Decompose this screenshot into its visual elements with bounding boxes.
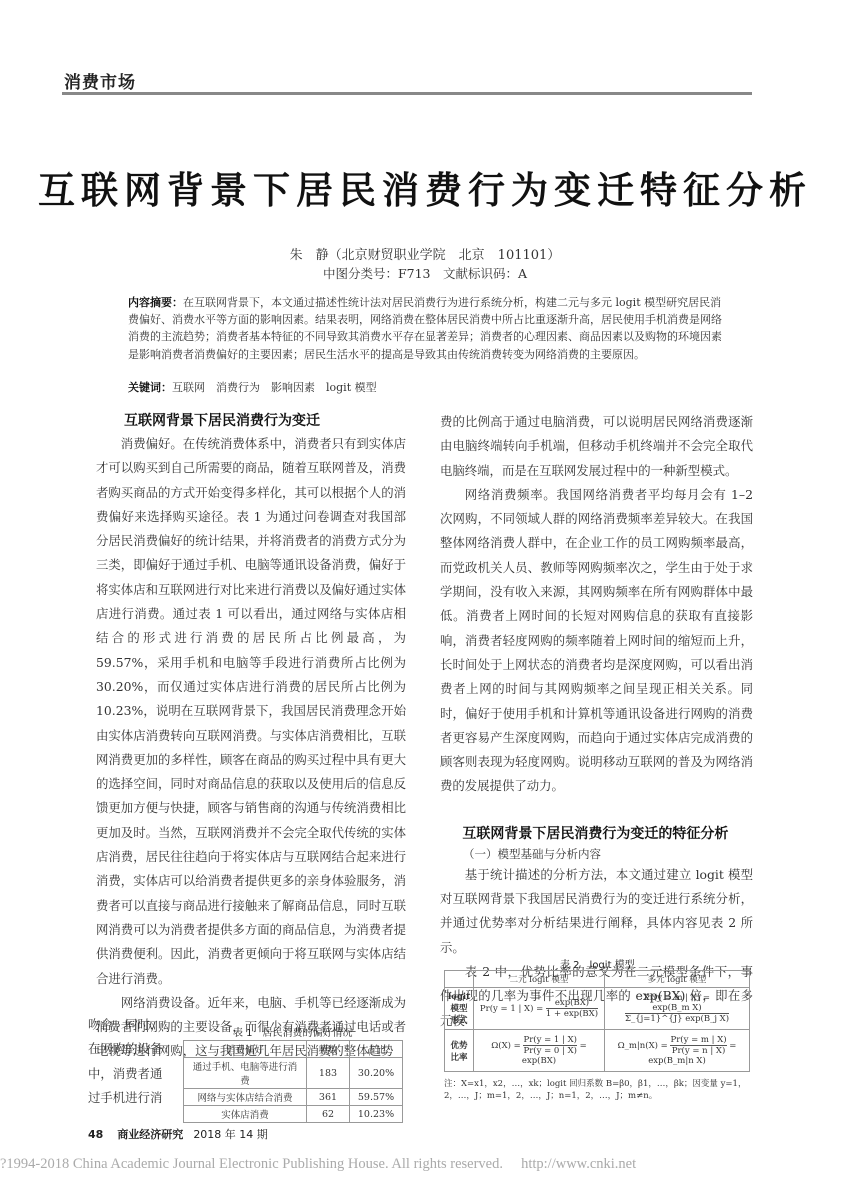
article-title: 互联网背景下居民消费行为变迁特征分析 bbox=[0, 160, 850, 214]
table-row: 网络与实体店结合消费 361 59.57% bbox=[184, 1089, 403, 1106]
section-header: 消费市场 bbox=[64, 68, 136, 93]
table-row: 实体店消费 62 10.23% bbox=[184, 1106, 403, 1123]
paragraph-model: 基于统计描述的分析方法，本文通过建立 logit 模型对互联网背景下我国居民消费… bbox=[440, 863, 753, 960]
keywords-label: 关键词： bbox=[128, 381, 172, 394]
table-header-row: 二元 logit 模型 多元 logit 模型 bbox=[445, 971, 750, 988]
table-header-row: 消费偏好 频数 占比 bbox=[184, 1041, 403, 1058]
fraction: exp(BX)1 + exp(BX) bbox=[546, 998, 598, 1019]
author-line: 朱 静（北京财贸职业学院 北京 101101） bbox=[0, 244, 850, 263]
right-column: 费的比例高于通过电脑消费，可以说明居民网络消费逐渐由电脑终端转向手机端，但移动手… bbox=[440, 410, 753, 1033]
paragraph-frequency: 网络消费频率。我国网络消费者平均每月会有 1–2 次网购，不同领域人群的网络消费… bbox=[440, 483, 753, 799]
denominator: Pr(y = n | X) bbox=[670, 1046, 726, 1056]
page-footer: 48商业经济研究2018 年 14 期 bbox=[88, 1126, 268, 1142]
table-cell: 361 bbox=[307, 1089, 350, 1106]
table-header-cell: 消费偏好 bbox=[184, 1041, 307, 1058]
table-header-cell: 频数 bbox=[307, 1041, 350, 1058]
formula-lhs: Pr(y = m | X) = bbox=[644, 993, 710, 1003]
table2-caption: 表 2 logit 模型 bbox=[560, 956, 635, 971]
section-heading-2: 互联网背景下居民消费行为变迁的特征分析 bbox=[440, 823, 753, 845]
numerator: Pr(y = m | X) bbox=[670, 1035, 726, 1046]
table-cell: 10.23% bbox=[350, 1106, 403, 1123]
multinomial-logit-formula: Pr(y = m | X) = exp(B_m X)Σ_{j=1}^{J} ex… bbox=[605, 988, 750, 1030]
table-row: 通过手机、电脑等进行消费 183 30.20% bbox=[184, 1058, 403, 1089]
classification-line: 中图分类号：F713 文献标识码：A bbox=[0, 264, 850, 282]
copyright-watermark: ?1994-2018 China Academic Journal Electr… bbox=[0, 1152, 850, 1173]
table2-note: 注：X=x1，x2，…，xk；logit 回归系数 B=β0，β1，…，βk；因… bbox=[444, 1078, 754, 1102]
wrap-text-beside-table1: 吻合。同时，在网购的设备中，消费者通过手机进行消 bbox=[88, 1013, 168, 1110]
paragraph-continued: 费的比例高于通过电脑消费，可以说明居民网络消费逐渐由电脑终端转向手机端，但移动手… bbox=[440, 410, 753, 483]
journal-name: 商业经济研究 bbox=[117, 1128, 183, 1141]
binary-logit-formula: Pr(y = 1 | X) = exp(BX)1 + exp(BX) bbox=[474, 988, 605, 1030]
fraction: Pr(y = 1 | X)Pr(y = 0 | X) bbox=[523, 1035, 576, 1056]
multinomial-odds-formula: Ω_m|n(X) = Pr(y = m | X)Pr(y = n | X) = … bbox=[605, 1030, 750, 1072]
table-row: 优势比率 Ω(X) = Pr(y = 1 | X)Pr(y = 0 | X) =… bbox=[445, 1030, 750, 1072]
paragraph-preference: 消费偏好。在传统消费体系中，消费者只有到实体店才可以购买到自己所需要的商品，随着… bbox=[96, 432, 406, 991]
table-header-cell: 二元 logit 模型 bbox=[474, 971, 605, 988]
row-label: logit 模型形式 bbox=[445, 988, 474, 1030]
numerator: exp(BX) bbox=[546, 998, 598, 1009]
table-cell: 实体店消费 bbox=[184, 1106, 307, 1123]
numerator: exp(B_m X) bbox=[625, 1003, 729, 1014]
row-label: 优势比率 bbox=[445, 1030, 474, 1072]
table-cell: 62 bbox=[307, 1106, 350, 1123]
table-cell: 183 bbox=[307, 1058, 350, 1089]
abstract: 内容摘要：在互联网背景下，本文通过描述性统计法对居民消费行为进行系统分析，构建二… bbox=[128, 294, 722, 363]
table-row: logit 模型形式 Pr(y = 1 | X) = exp(BX)1 + ex… bbox=[445, 988, 750, 1030]
table1-caption: 表 1 居民消费的偏好情况 bbox=[233, 1024, 353, 1039]
table-cell: 通过手机、电脑等进行消费 bbox=[184, 1058, 307, 1089]
table-cell: 59.57% bbox=[350, 1089, 403, 1106]
binary-odds-formula: Ω(X) = Pr(y = 1 | X)Pr(y = 0 | X) = exp(… bbox=[474, 1030, 605, 1072]
fraction: exp(B_m X)Σ_{j=1}^{J} exp(B_j X) bbox=[625, 1003, 729, 1024]
table-cell: 30.20% bbox=[350, 1058, 403, 1089]
table-header-cell: 多元 logit 模型 bbox=[605, 971, 750, 988]
journal-issue: 2018 年 14 期 bbox=[193, 1128, 267, 1141]
table-header-cell bbox=[445, 971, 474, 988]
header-divider bbox=[62, 92, 752, 95]
formula-lhs: Ω(X) = bbox=[491, 1041, 521, 1051]
table-cell: 网络与实体店结合消费 bbox=[184, 1089, 307, 1106]
keywords-text: 互联网 消费行为 影响因素 logit 模型 bbox=[172, 381, 377, 394]
denominator: Pr(y = 0 | X) bbox=[523, 1046, 576, 1056]
formula-lhs: Pr(y = 1 | X) = bbox=[480, 1004, 543, 1014]
formula-lhs: Ω_m|n(X) = bbox=[618, 1041, 668, 1051]
section-heading-1: 互联网背景下居民消费行为变迁 bbox=[96, 410, 406, 432]
denominator: 1 + exp(BX) bbox=[546, 1009, 598, 1019]
left-column: 互联网背景下居民消费行为变迁 消费偏好。在传统消费体系中，消费者只有到实体店才可… bbox=[96, 410, 406, 1064]
denominator: Σ_{j=1}^{J} exp(B_j X) bbox=[625, 1014, 729, 1024]
table2: 二元 logit 模型 多元 logit 模型 logit 模型形式 Pr(y … bbox=[444, 970, 750, 1072]
abstract-text: 在互联网背景下，本文通过描述性统计法对居民消费行为进行系统分析，构建二元与多元 … bbox=[128, 296, 722, 361]
abstract-label: 内容摘要： bbox=[128, 296, 183, 309]
page-number: 48 bbox=[88, 1128, 103, 1141]
numerator: Pr(y = 1 | X) bbox=[523, 1035, 576, 1046]
fraction: Pr(y = m | X)Pr(y = n | X) bbox=[670, 1035, 726, 1056]
table1: 消费偏好 频数 占比 通过手机、电脑等进行消费 183 30.20% 网络与实体… bbox=[183, 1040, 403, 1123]
keywords: 关键词：互联网 消费行为 影响因素 logit 模型 bbox=[128, 379, 377, 395]
table-header-cell: 占比 bbox=[350, 1041, 403, 1058]
subsection-heading: （一）模型基础与分析内容 bbox=[440, 845, 753, 863]
